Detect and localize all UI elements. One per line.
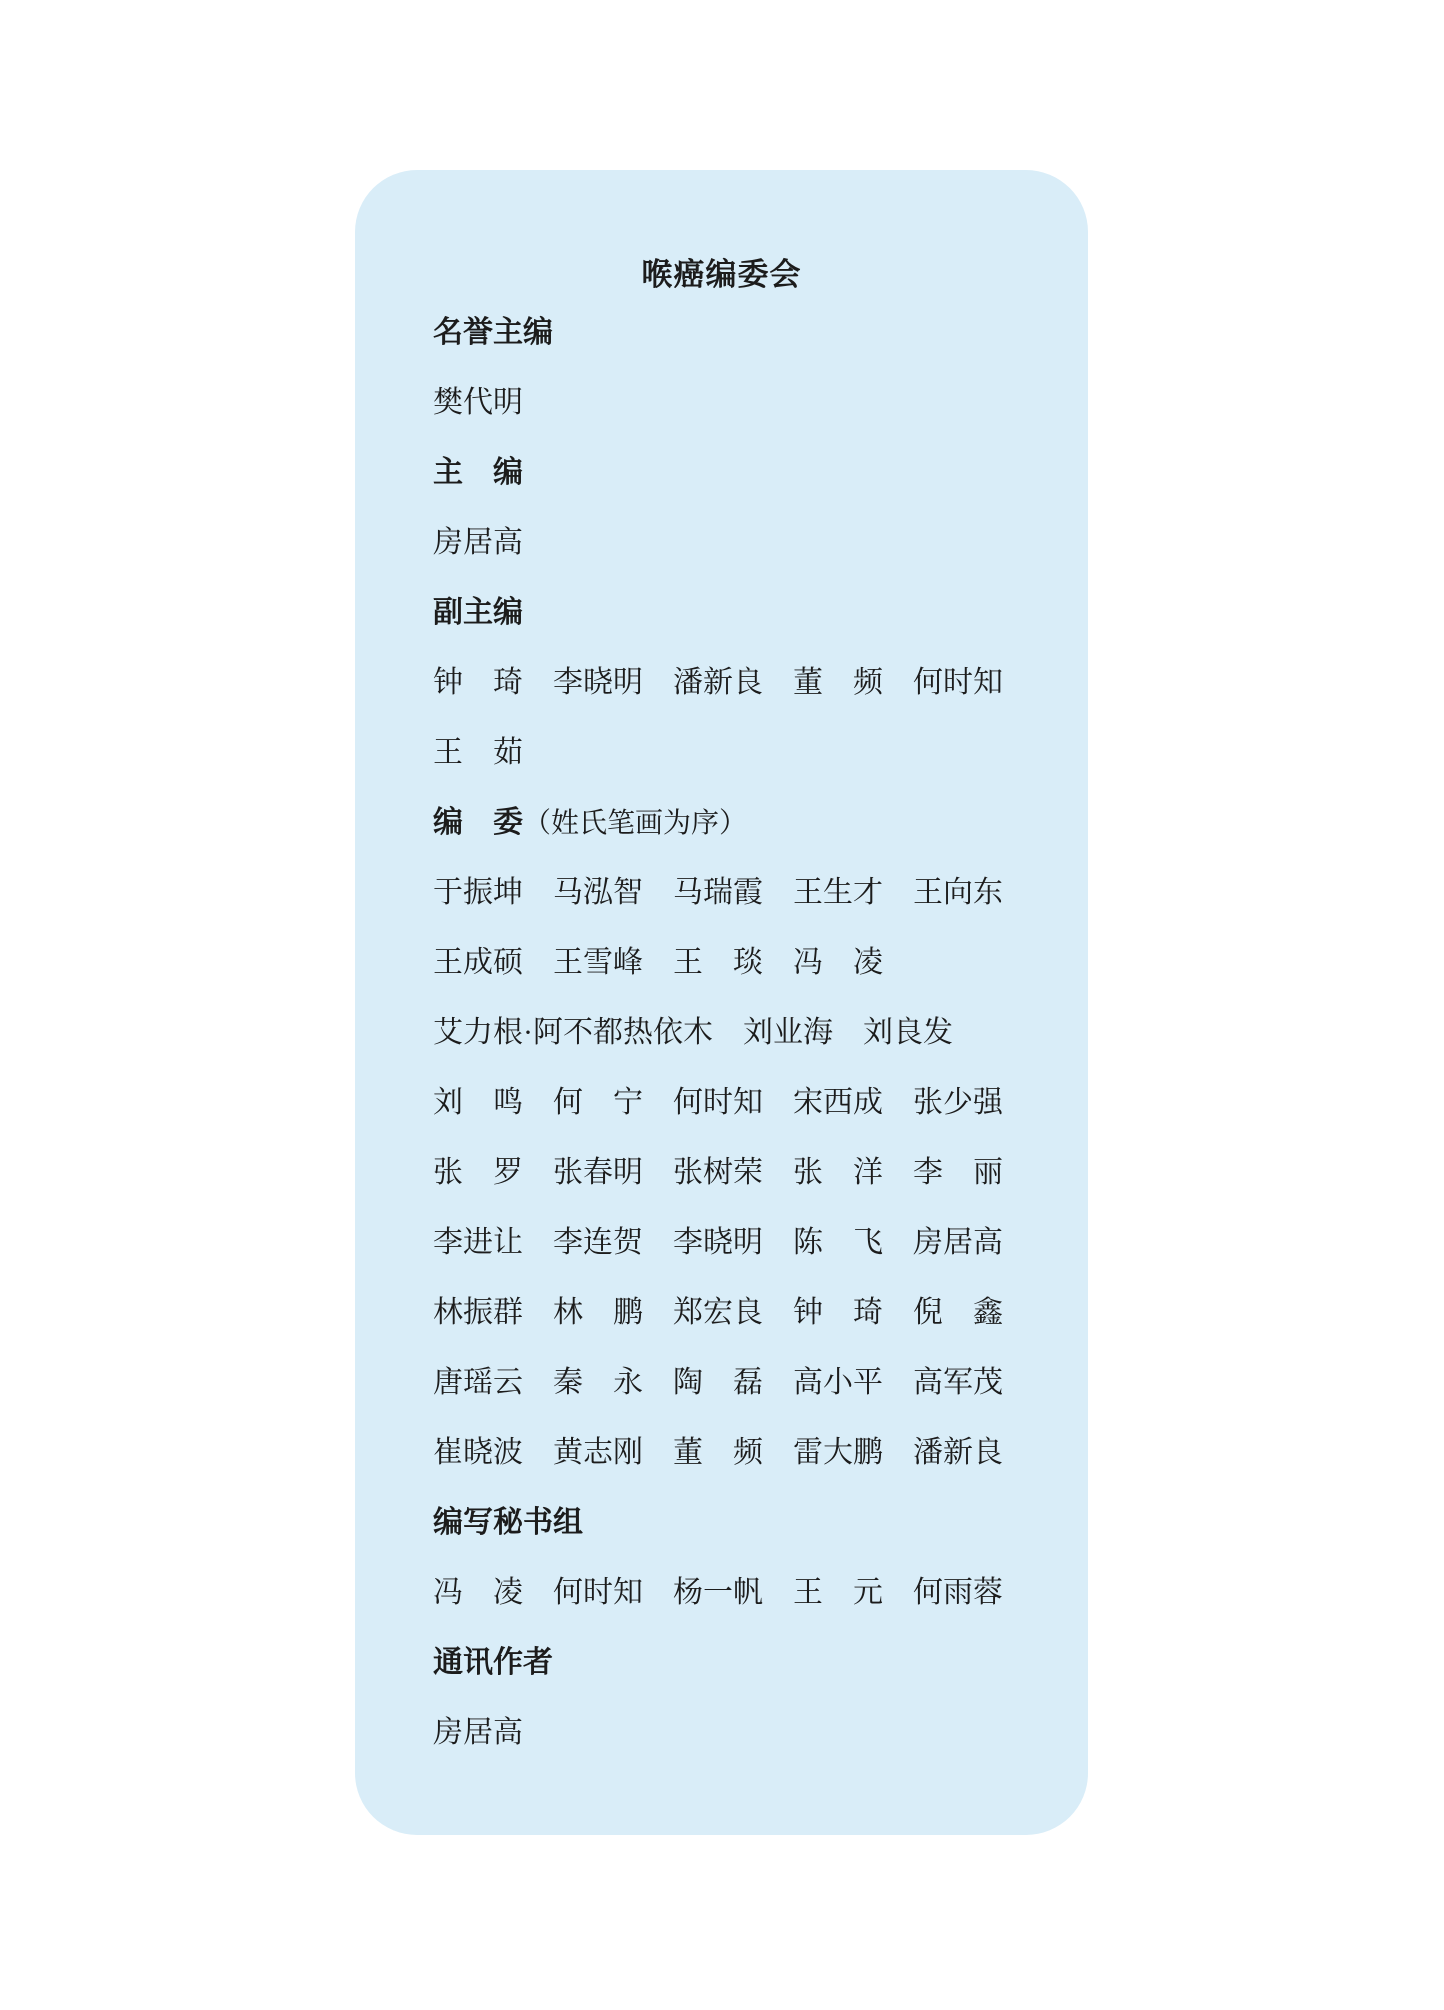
member-name: 李 丽 [913, 1156, 1003, 1190]
member-row: 于振坤马泓智马瑞霞王生才王向东 [433, 876, 1010, 910]
member-row: 樊代明 [433, 386, 1010, 420]
member-row: 崔晓波黄志刚董 频雷大鹏潘新良 [433, 1436, 1010, 1470]
member-name: 王生才 [793, 876, 883, 910]
member-name: 潘新良 [673, 666, 763, 700]
section-heading: 名誉主编 [433, 316, 553, 349]
board-section-corresponding-author: 通讯作者 房居高 [433, 1646, 1010, 1750]
member-row: 张 罗张春明张树荣张 洋李 丽 [433, 1156, 1010, 1190]
member-name: 张少强 [913, 1086, 1003, 1120]
board-section-chief-editor: 主 编 房居高 [433, 456, 1010, 560]
member-row: 唐瑶云秦 永陶 磊高小平高军茂 [433, 1366, 1010, 1400]
member-name: 崔晓波 [433, 1436, 523, 1470]
member-name: 于振坤 [433, 876, 523, 910]
member-name: 刘 鸣 [433, 1086, 523, 1120]
member-name: 房居高 [433, 526, 523, 560]
member-name: 林 鹏 [553, 1296, 643, 1330]
section-heading: 主 编 [433, 456, 523, 489]
member-name: 雷大鹏 [793, 1436, 883, 1470]
member-name: 李晓明 [673, 1226, 763, 1260]
board-section-honorary-chief-editor: 名誉主编 樊代明 [433, 316, 1010, 420]
member-row: 房居高 [433, 526, 1010, 560]
member-row: 林振群林 鹏郑宏良钟 琦倪 鑫 [433, 1296, 1010, 1330]
member-name: 何 宁 [553, 1086, 643, 1120]
member-name: 何时知 [673, 1086, 763, 1120]
member-name: 秦 永 [553, 1366, 643, 1400]
member-name: 房居高 [913, 1226, 1003, 1260]
member-name: 王雪峰 [553, 946, 643, 980]
member-name: 房居高 [433, 1716, 523, 1750]
member-name: 马泓智 [553, 876, 643, 910]
member-row: 王 茹 [433, 736, 1010, 770]
board-section-deputy-chief-editors: 副主编 钟 琦李晓明潘新良董 频何时知王 茹 [433, 596, 1010, 770]
member-name: 林振群 [433, 1296, 523, 1330]
member-name: 王 茹 [433, 736, 523, 770]
section-heading: 通讯作者 [433, 1646, 553, 1679]
member-name: 王向东 [913, 876, 1003, 910]
member-name: 钟 琦 [793, 1296, 883, 1330]
member-name: 唐瑶云 [433, 1366, 523, 1400]
member-name: 刘业海 [743, 1016, 833, 1050]
board-title: 喉癌编委会 [433, 255, 1010, 295]
member-name: 陈 飞 [793, 1226, 883, 1260]
member-name: 郑宏良 [673, 1296, 763, 1330]
member-name: 黄志刚 [553, 1436, 643, 1470]
member-row: 房居高 [433, 1716, 1010, 1750]
member-name: 王成硕 [433, 946, 523, 980]
member-name: 董 频 [673, 1436, 763, 1470]
member-row: 冯 凌何时知杨一帆王 元何雨蓉 [433, 1576, 1010, 1610]
member-name: 高小平 [793, 1366, 883, 1400]
member-name: 杨一帆 [673, 1576, 763, 1610]
board-sections-container: 名誉主编 樊代明 主 编 房居高 副主编 钟 琦李晓明潘新良董 频何时知王 茹 … [433, 316, 1010, 1750]
member-name: 艾力根·阿不都热依木 [433, 1016, 713, 1050]
member-name: 何雨蓉 [913, 1576, 1003, 1610]
member-name: 冯 凌 [433, 1576, 523, 1610]
member-name: 何时知 [913, 666, 1003, 700]
member-name: 王 琰 [673, 946, 763, 980]
member-name: 潘新良 [913, 1436, 1003, 1470]
member-name: 何时知 [553, 1576, 643, 1610]
editorial-board-card: 喉癌编委会 名誉主编 樊代明 主 编 房居高 副主编 钟 琦李晓明潘新良董 频何… [355, 170, 1088, 1835]
member-name: 李晓明 [553, 666, 643, 700]
member-name: 王 元 [793, 1576, 883, 1610]
member-name: 董 频 [793, 666, 883, 700]
member-name: 刘良发 [863, 1016, 953, 1050]
member-name: 冯 凌 [793, 946, 883, 980]
member-row: 钟 琦李晓明潘新良董 频何时知 [433, 666, 1010, 700]
member-name: 倪 鑫 [913, 1296, 1003, 1330]
member-name: 李进让 [433, 1226, 523, 1260]
section-heading-note: （姓氏笔画为序） [523, 808, 747, 839]
member-name: 李连贺 [553, 1226, 643, 1260]
board-section-writing-secretary-group: 编写秘书组 冯 凌何时知杨一帆王 元何雨蓉 [433, 1506, 1010, 1610]
section-heading: 编写秘书组 [433, 1506, 583, 1539]
member-row: 李进让李连贺李晓明陈 飞房居高 [433, 1226, 1010, 1260]
member-name: 宋西成 [793, 1086, 883, 1120]
member-name: 张春明 [553, 1156, 643, 1190]
member-name: 陶 磊 [673, 1366, 763, 1400]
member-name: 张 洋 [793, 1156, 883, 1190]
member-name: 马瑞霞 [673, 876, 763, 910]
member-name: 张 罗 [433, 1156, 523, 1190]
section-heading: 副主编 [433, 596, 523, 629]
board-section-editorial-members: 编 委（姓氏笔画为序） 于振坤马泓智马瑞霞王生才王向东王成硕王雪峰王 琰冯 凌艾… [433, 806, 1010, 1470]
member-name: 高军茂 [913, 1366, 1003, 1400]
member-name: 张树荣 [673, 1156, 763, 1190]
section-heading: 编 委 [433, 806, 523, 839]
member-name: 钟 琦 [433, 666, 523, 700]
member-row: 艾力根·阿不都热依木刘业海刘良发 [433, 1016, 1010, 1050]
member-row: 王成硕王雪峰王 琰冯 凌 [433, 946, 1010, 980]
member-row: 刘 鸣何 宁何时知宋西成张少强 [433, 1086, 1010, 1120]
member-name: 樊代明 [433, 386, 523, 420]
